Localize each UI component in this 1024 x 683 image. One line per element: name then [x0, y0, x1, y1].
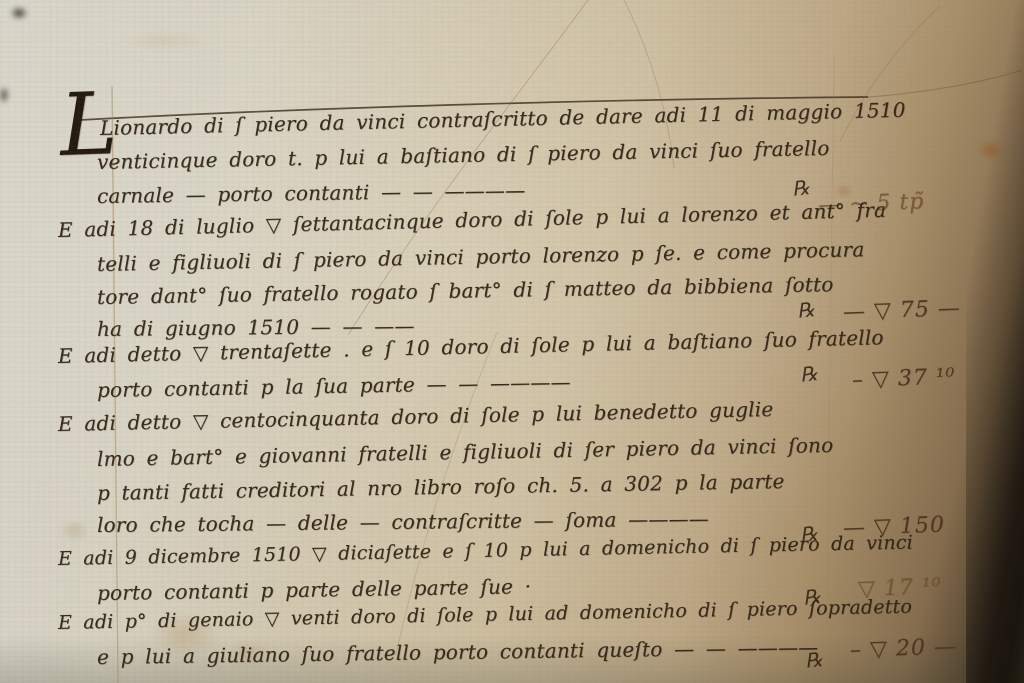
- entry-line: porto contanti p parte delle parte ſue ·: [97, 574, 532, 605]
- stain: [60, 520, 90, 542]
- entry-end-flourish: ℞: [804, 647, 824, 673]
- ink-speck: [10, 6, 28, 20]
- entry-line: telli e figliuoli di ſ piero da vinci po…: [97, 237, 865, 276]
- book-fore-edge: [966, 0, 1024, 683]
- entry-line: Lionardo di ſ piero da vinci contraſcrit…: [100, 98, 906, 140]
- entry-line: loro che tocha — delle — contraſcritte —…: [97, 507, 709, 537]
- entry-line: e p lui a giuliano ſuo fratello porto co…: [97, 635, 819, 669]
- stain: [120, 32, 210, 50]
- entry-line: p tanti fatti creditori al nro libro roſ…: [97, 469, 785, 505]
- amount: — ▽ 75 —: [843, 296, 962, 325]
- stain: [978, 140, 1004, 160]
- entry-end-flourish: ℞: [791, 175, 811, 201]
- entry-line: E adi detto ▽ centocinquanta doro di ſol…: [58, 397, 774, 436]
- entry-line: venticinque doro t. p lui a baſtiano di …: [97, 136, 830, 174]
- entry-line: lmo e bart° e giovanni fratelli e figliu…: [97, 433, 834, 471]
- entry-line: porto contanti p la ſua parte — — ————: [97, 370, 571, 402]
- amount: – ▽ 37 ¹⁰: [852, 364, 956, 393]
- entry-end-flourish: ℞: [799, 361, 819, 387]
- amount: – ▽ 20 —: [850, 634, 958, 663]
- ink-speck: [0, 86, 10, 104]
- entry-line: E adi 9 dicembre 1510 ▽ diciaſette e ſ 1…: [58, 532, 913, 570]
- manuscript-photo: L Lionardo di ſ piero da vinci contraſcr…: [0, 0, 1024, 683]
- header-rule-continuation: [868, 70, 1022, 97]
- entry-line: tore dant° ſuo fratello rogato ſ bart° d…: [97, 272, 834, 309]
- entry-line: carnale — porto contanti — — ————: [97, 178, 526, 208]
- entry-end-flourish: ℞: [796, 297, 816, 323]
